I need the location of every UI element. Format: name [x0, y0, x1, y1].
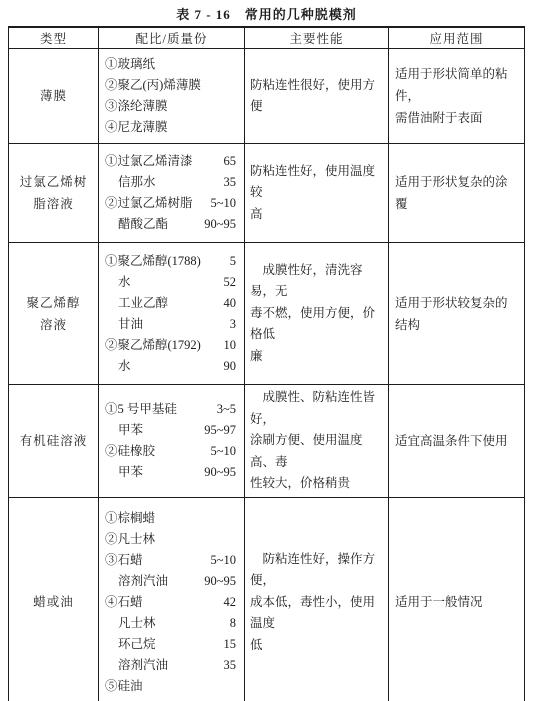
ingredient-name: 环己烷: [118, 634, 156, 655]
formulation-list: ①聚乙烯醇(1788)5水52工业乙醇40甘油3②聚乙烯醇(1792)10水90: [105, 251, 236, 377]
formulation-line: ⑤硅油: [105, 676, 236, 697]
ingredient-name: ①棕榈蜡: [105, 508, 155, 529]
ingredient-name: 甘油: [118, 314, 143, 335]
ingredient-amount: 35: [218, 655, 237, 676]
ingredient-name: ②过氯乙烯树脂: [105, 193, 193, 214]
formulation-line: 凡士林8: [105, 613, 236, 634]
table-row: 聚乙烯醇 溶液 ①聚乙烯醇(1788)5水52工业乙醇40甘油3②聚乙烯醇(17…: [9, 243, 525, 385]
formulation-line: ③涤纶薄膜: [105, 96, 236, 117]
performance-cell: 防粘连性很好，使用方便: [245, 49, 389, 144]
ingredient-amount: 40: [218, 293, 237, 314]
formulation-line: ②聚乙(丙)烯薄膜: [105, 75, 236, 96]
performance-cell: 防粘连性好，使用温度较 高: [245, 144, 389, 243]
ingredient-name: 工业乙醇: [118, 293, 168, 314]
ingredient-name: ③石蜡: [105, 550, 143, 571]
formulation-line: 水90: [105, 356, 236, 377]
formulation-list: ①玻璃纸②聚乙(丙)烯薄膜③涤纶薄膜④尼龙薄膜: [105, 54, 236, 138]
table-row: 蜡或油 ①棕榈蜡②凡士林③石蜡5~10溶剂汽油90~95④石蜡42凡士林8环己烷…: [9, 497, 525, 701]
ingredient-name: 水: [118, 272, 131, 293]
formulation-list: ①5 号甲基硅3~5甲苯95~97②硅橡胶5~10甲苯90~95: [105, 399, 236, 483]
ingredient-name: ②硅橡胶: [105, 441, 155, 462]
formulation-line: ①玻璃纸: [105, 54, 236, 75]
header-cell-application: 应用范围: [389, 27, 525, 49]
formulation-line: ②凡士林: [105, 529, 236, 550]
formulation-line: ③石蜡5~10: [105, 550, 236, 571]
ingredient-amount: 90: [218, 356, 237, 377]
formulation-line: 甲苯90~95: [105, 462, 236, 483]
ingredient-name: ④尼龙薄膜: [105, 117, 168, 138]
ingredient-amount: 35: [218, 172, 237, 193]
formulation-line: 甘油3: [105, 314, 236, 335]
type-cell: 薄膜: [9, 49, 99, 144]
ingredient-name: 甲苯: [118, 462, 143, 483]
performance-cell: 成膜性好，清洗容易，无 毒不燃，使用方便，价格低 廉: [245, 243, 389, 385]
formulation-line: 信那水35: [105, 172, 236, 193]
formulation-line: 甲苯95~97: [105, 420, 236, 441]
application-cell: 适用于形状简单的粘件， 需借油附于表面: [389, 49, 525, 144]
ingredient-amount: 10: [218, 335, 237, 356]
ingredient-amount: 90~95: [198, 214, 236, 235]
application-cell: 适用于形状较复杂的结构: [389, 243, 525, 385]
ingredient-amount: 90~95: [198, 571, 236, 592]
ingredient-name: 醋酸乙酯: [118, 214, 168, 235]
application-cell: 适宜高温条件下使用: [389, 385, 525, 498]
ingredient-name: ③涤纶薄膜: [105, 96, 168, 117]
formulation-cell: ①棕榈蜡②凡士林③石蜡5~10溶剂汽油90~95④石蜡42凡士林8环己烷15溶剂…: [99, 497, 245, 701]
formulation-line: ②过氯乙烯树脂5~10: [105, 193, 236, 214]
ingredient-name: ①玻璃纸: [105, 54, 155, 75]
table-row: 有机硅溶液 ①5 号甲基硅3~5甲苯95~97②硅橡胶5~10甲苯90~95 成…: [9, 385, 525, 498]
application-cell: 适用于一般情况: [389, 497, 525, 701]
formulation-cell: ①过氯乙烯清漆65信那水35②过氯乙烯树脂5~10醋酸乙酯90~95: [99, 144, 245, 243]
table-row: 过氯乙烯树 脂溶液 ①过氯乙烯清漆65信那水35②过氯乙烯树脂5~10醋酸乙酯9…: [9, 144, 525, 243]
ingredient-name: ⑤硅油: [105, 676, 143, 697]
ingredient-name: 溶剂汽油: [118, 571, 168, 592]
formulation-line: 环己烷15: [105, 634, 236, 655]
application-cell: 适用于形状复杂的涂覆: [389, 144, 525, 243]
ingredient-name: ②聚乙烯醇(1792): [105, 335, 201, 356]
formulation-cell: ①聚乙烯醇(1788)5水52工业乙醇40甘油3②聚乙烯醇(1792)10水90: [99, 243, 245, 385]
performance-cell: 防粘连性好，操作方便， 成本低，毒性小，使用温度 低: [245, 497, 389, 701]
formulation-line: 溶剂汽油35: [105, 655, 236, 676]
ingredient-amount: 95~97: [198, 420, 236, 441]
ingredient-amount: 3: [224, 314, 236, 335]
ingredient-amount: 5~10: [204, 550, 236, 571]
ingredient-name: 溶剂汽油: [118, 655, 168, 676]
ingredient-amount: 15: [218, 634, 237, 655]
ingredient-amount: 90~95: [198, 462, 236, 483]
formulation-cell: ①5 号甲基硅3~5甲苯95~97②硅橡胶5~10甲苯90~95: [99, 385, 245, 498]
table-row: 薄膜 ①玻璃纸②聚乙(丙)烯薄膜③涤纶薄膜④尼龙薄膜 防粘连性很好，使用方便 适…: [9, 49, 525, 144]
formulation-line: ④尼龙薄膜: [105, 117, 236, 138]
formulation-line: ②聚乙烯醇(1792)10: [105, 335, 236, 356]
table-title: 表 7 - 16 常用的几种脱模剂: [0, 4, 533, 23]
ingredient-amount: 5~10: [204, 441, 236, 462]
ingredient-name: 信那水: [118, 172, 156, 193]
formulation-line: ①5 号甲基硅3~5: [105, 399, 236, 420]
header-cell-performance: 主要性能: [245, 27, 389, 49]
type-cell: 过氯乙烯树 脂溶液: [9, 144, 99, 243]
type-cell: 蜡或油: [9, 497, 99, 701]
ingredient-name: 甲苯: [118, 420, 143, 441]
ingredient-name: ①5 号甲基硅: [105, 399, 177, 420]
ingredient-name: ②凡士林: [105, 529, 155, 550]
ingredient-amount: 52: [218, 272, 237, 293]
formulation-line: ①棕榈蜡: [105, 508, 236, 529]
ingredient-amount: 3~5: [211, 399, 236, 420]
formulation-line: 溶剂汽油90~95: [105, 571, 236, 592]
ingredient-amount: 65: [218, 151, 237, 172]
ingredient-name: ①聚乙烯醇(1788): [105, 251, 201, 272]
ingredient-amount: 5~10: [204, 193, 236, 214]
performance-cell: 成膜性、防粘连性皆好， 涂刷方便、使用温度高、毒 性较大，价格稍贵: [245, 385, 389, 498]
ingredient-name: 水: [118, 356, 131, 377]
ingredient-name: ④石蜡: [105, 592, 143, 613]
formulation-line: ②硅橡胶5~10: [105, 441, 236, 462]
formulation-line: 醋酸乙酯90~95: [105, 214, 236, 235]
header-cell-type: 类型: [9, 27, 99, 49]
document-page: 表 7 - 16 常用的几种脱模剂 类型 配比/质量份 主要性能 应用范围 薄膜…: [0, 0, 533, 701]
formulation-line: ①过氯乙烯清漆65: [105, 151, 236, 172]
formulation-line: 工业乙醇40: [105, 293, 236, 314]
table-header-row: 类型 配比/质量份 主要性能 应用范围: [9, 27, 525, 49]
formulation-list: ①过氯乙烯清漆65信那水35②过氯乙烯树脂5~10醋酸乙酯90~95: [105, 151, 236, 235]
formulation-cell: ①玻璃纸②聚乙(丙)烯薄膜③涤纶薄膜④尼龙薄膜: [99, 49, 245, 144]
release-agent-table: 类型 配比/质量份 主要性能 应用范围 薄膜 ①玻璃纸②聚乙(丙)烯薄膜③涤纶薄…: [8, 26, 525, 701]
type-cell: 有机硅溶液: [9, 385, 99, 498]
ingredient-amount: 42: [218, 592, 237, 613]
ingredient-amount: 8: [224, 613, 236, 634]
type-cell: 聚乙烯醇 溶液: [9, 243, 99, 385]
ingredient-name: 凡士林: [118, 613, 156, 634]
ingredient-amount: 5: [224, 251, 236, 272]
formulation-line: ①聚乙烯醇(1788)5: [105, 251, 236, 272]
formulation-list: ①棕榈蜡②凡士林③石蜡5~10溶剂汽油90~95④石蜡42凡士林8环己烷15溶剂…: [105, 508, 236, 697]
ingredient-name: ②聚乙(丙)烯薄膜: [105, 75, 201, 96]
formulation-line: 水52: [105, 272, 236, 293]
ingredient-name: ①过氯乙烯清漆: [105, 151, 193, 172]
formulation-line: ④石蜡42: [105, 592, 236, 613]
header-cell-formulation: 配比/质量份: [99, 27, 245, 49]
